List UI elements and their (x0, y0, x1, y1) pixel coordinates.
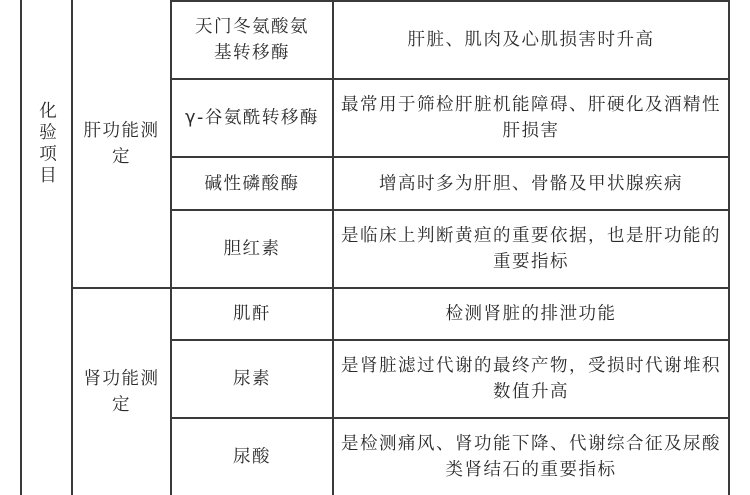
desc-text: 最常用于筛检肝脏机能障碍、肝硬化及酒精性肝损害 (338, 92, 724, 144)
desc-text: 是临床上判断黄疸的重要依据，也是肝功能的重要指标 (338, 223, 724, 275)
item-label: 尿素 (233, 366, 271, 392)
item-label: 天门冬氨酸氨基转移酶 (194, 14, 310, 66)
desc-cell: 检测肾脏的排泄功能 (334, 289, 728, 339)
item-label: 碱性磷酸酶 (205, 171, 300, 197)
desc-cell: 最常用于筛检肝脏机能障碍、肝硬化及酒精性肝损害 (334, 80, 728, 156)
item-label: 肌酐 (233, 301, 271, 327)
group-label: 肝功能测定 (81, 118, 162, 170)
desc-text: 是肾脏滤过代谢的最终产物，受损时代谢堆积数值升高 (338, 353, 724, 405)
desc-cell: 是临床上判断黄疸的重要依据，也是肝功能的重要指标 (334, 211, 728, 287)
desc-cell: 肝脏、肌肉及心肌损害时升高 (334, 2, 728, 78)
item-cell: γ-谷氨酰转移酶 (172, 80, 332, 156)
desc-text: 肝脏、肌肉及心肌损害时升高 (408, 27, 655, 53)
item-label: γ-谷氨酰转移酶 (185, 105, 319, 131)
item-cell: 胆红素 (172, 211, 332, 287)
group-cell-liver: 肝功能测定 (73, 0, 170, 287)
desc-text: 检测肾脏的排泄功能 (446, 301, 617, 327)
desc-text: 增高时多为肝胆、骨骼及甲状腺疾病 (379, 171, 683, 197)
category-cell: 化验项目 (22, 0, 71, 287)
item-cell: 天门冬氨酸氨基转移酶 (172, 2, 332, 78)
group-cell-kidney: 肾功能测定 (73, 289, 170, 495)
item-cell: 碱性磷酸酶 (172, 158, 332, 209)
desc-cell: 是检测痛风、肾功能下降、代谢综合征及尿酸类肾结石的重要指标 (334, 419, 728, 495)
divider (728, 0, 730, 495)
item-cell: 尿酸 (172, 419, 332, 495)
item-label: 尿酸 (233, 444, 271, 470)
item-cell: 肌酐 (172, 289, 332, 339)
category-label: 化验项目 (34, 101, 60, 187)
desc-cell: 增高时多为肝胆、骨骼及甲状腺疾病 (334, 158, 728, 209)
group-label: 肾功能测定 (81, 366, 162, 418)
desc-text: 是检测痛风、肾功能下降、代谢综合征及尿酸类肾结石的重要指标 (336, 431, 726, 483)
desc-cell: 是肾脏滤过代谢的最终产物，受损时代谢堆积数值升高 (334, 341, 728, 417)
item-label: 胆红素 (224, 236, 281, 262)
item-cell: 尿素 (172, 341, 332, 417)
